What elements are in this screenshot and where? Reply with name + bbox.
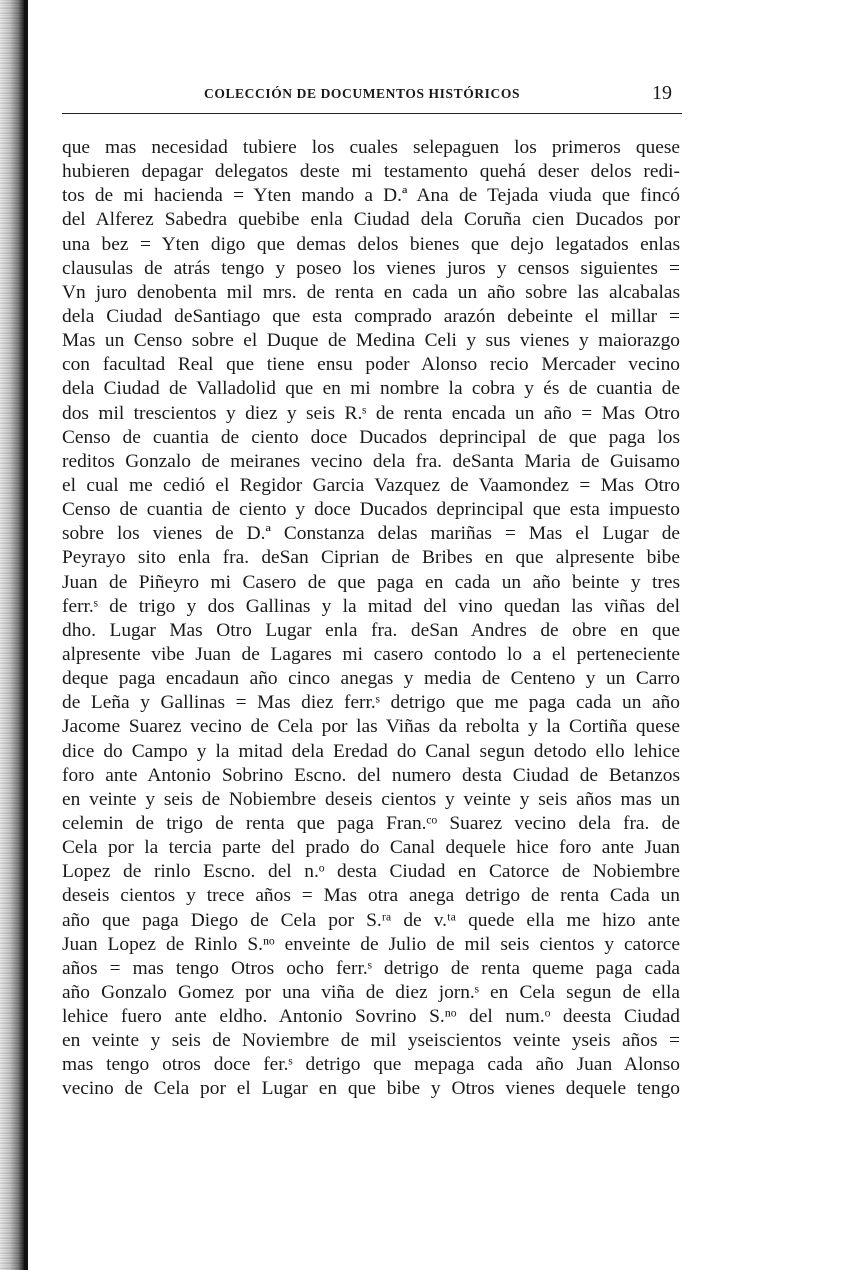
text-line: Censo de cuantia de ciento doce Ducados … [62,426,680,450]
text-line: con facultad Real que tiene ensu poder A… [62,353,680,377]
text-line: dos mil trescientos y diez y seis R.ˢ de… [62,402,680,426]
text-line: del Alferez Sabedra quebibe enla Ciudad … [62,208,680,232]
text-line: foro ante Antonio Sobrino Escno. del num… [62,764,680,788]
text-line: dela Ciudad deSantiago que esta comprado… [62,305,680,329]
running-title: Colección de Documentos Históricos [204,86,520,102]
page-number: 19 [652,82,672,105]
text-line: ferr.ˢ de trigo y dos Gallinas y la mita… [62,595,680,619]
text-line: Cela por la tercia parte del prado do Ca… [62,836,680,860]
text-line: Mas un Censo sobre el Duque de Medina Ce… [62,329,680,353]
text-line: año Gonzalo Gomez por una viña de diez j… [62,981,680,1005]
text-line: vecino de Cela por el Lugar en que bibe … [62,1077,680,1101]
text-line: lehice fuero ante eldho. Antonio Sovrino… [62,1005,680,1029]
text-line: tos de mi hacienda = Yten mando a D.ª An… [62,184,680,208]
text-line: Peyrayo sito enla fra. deSan Ciprian de … [62,546,680,570]
text-line: deseis cientos y trece años = Mas otra a… [62,884,680,908]
text-line: en veinte y seis de Nobiembre deseis cie… [62,788,680,812]
text-line: una bez = Yten digo que demas delos bien… [62,233,680,257]
text-line: dho. Lugar Mas Otro Lugar enla fra. deSa… [62,619,680,643]
text-line: dela Ciudad de Valladolid que en mi nomb… [62,377,680,401]
text-line: mas tengo otros doce fer.ˢ detrigo que m… [62,1053,680,1077]
text-line: hubieren depagar delegatos deste mi test… [62,160,680,184]
body-text: que mas necesidad tubiere los cuales sel… [62,136,680,1102]
text-line: celemin de trigo de renta que paga Fran.… [62,812,680,836]
page-gutter-edge [24,0,28,1270]
text-line: dice do Campo y la mitad dela Eredad do … [62,740,680,764]
text-line: años = mas tengo Otros ocho ferr.ˢ detri… [62,957,680,981]
text-line: en veinte y seis de Noviembre de mil yse… [62,1029,680,1053]
text-line: el cual me cedió el Regidor Garcia Vazqu… [62,474,680,498]
text-line: Juan Lopez de Rinlo S.ⁿᵒ enveinte de Jul… [62,933,680,957]
text-line: Censo de cuantia de ciento y doce Ducado… [62,498,680,522]
text-line: de Leña y Gallinas = Mas diez ferr.ˢ det… [62,691,680,715]
text-line: clausulas de atrás tengo y poseo los vie… [62,257,680,281]
running-header: Colección de Documentos Históricos 19 [62,84,680,110]
text-line: sobre los vienes de D.ª Constanza delas … [62,522,680,546]
text-line: Jacome Suarez vecino de Cela por las Viñ… [62,715,680,739]
text-line: que mas necesidad tubiere los cuales sel… [62,136,680,160]
text-line: Juan de Piñeyro mi Casero de que paga en… [62,571,680,595]
header-rule [62,113,682,114]
text-line: año que paga Diego de Cela por S.ʳᵃ de v… [62,909,680,933]
text-line: reditos Gonzalo de meiranes vecino dela … [62,450,680,474]
text-line: alpresente vibe Juan de Lagares mi caser… [62,643,680,667]
text-line: deque paga encadaun año cinco anegas y m… [62,667,680,691]
text-line: Vn juro denobenta mil mrs. de renta en c… [62,281,680,305]
text-line: Lopez de rinlo Escno. del n.ᵒ desta Ciud… [62,860,680,884]
